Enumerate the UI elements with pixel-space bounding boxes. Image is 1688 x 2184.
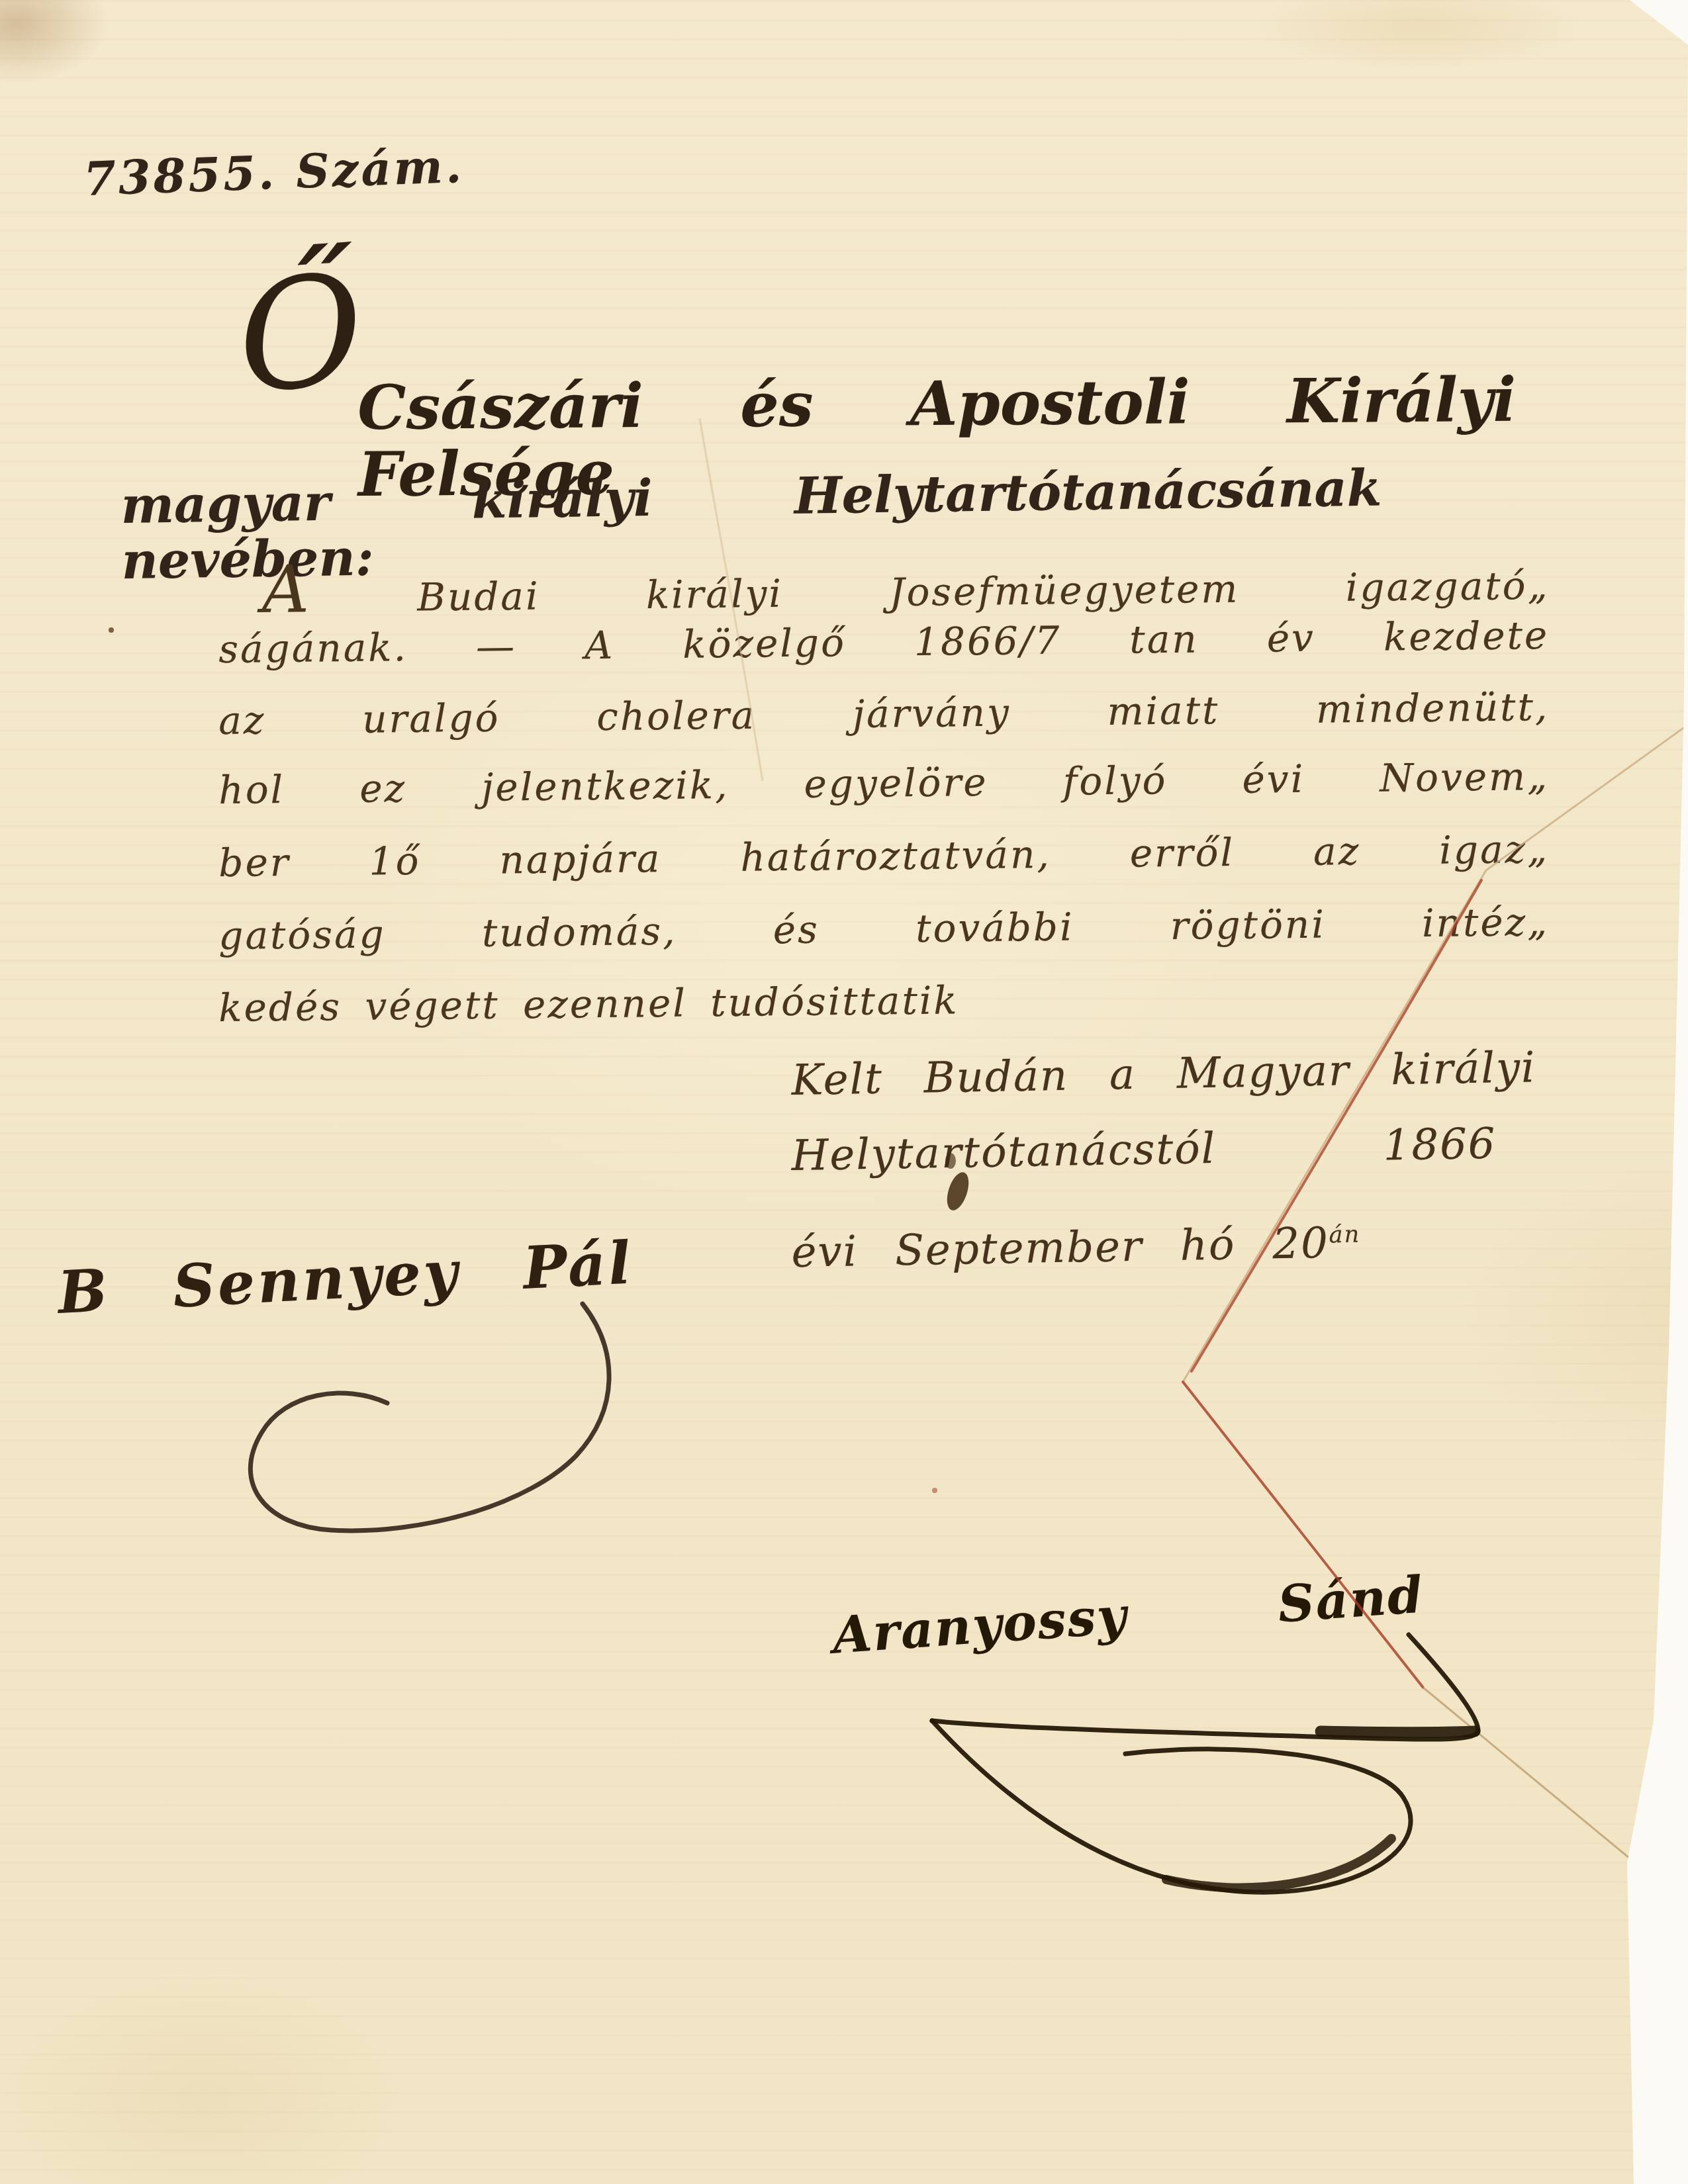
red-crease-line-lower: [1183, 1382, 1423, 1688]
manuscript-paper: 73855. Szám. Ő Császári és Apostoli Kirá…: [0, 0, 1688, 2184]
signature-left-flourish: [250, 1304, 609, 1531]
red-speck: [932, 1488, 937, 1493]
signature-right-loop: [932, 1721, 1411, 1892]
dateline-day-suffix: án: [1329, 1221, 1360, 1249]
dateline-day-text: évi September hó 20: [791, 1219, 1330, 1277]
manuscript-line: kedés végett ezennel tudósittatik: [218, 978, 1080, 1029]
heading-initial-letter: Ő: [233, 255, 368, 416]
reference-number-row: 73855. Szám.: [83, 140, 465, 205]
dateline-year: Helytartótanácstól 1866: [791, 1120, 1497, 1179]
manuscript-line: A Budai királyi Josefmüegyetem igazgató„: [261, 541, 1550, 627]
signature-right: Aranyossy Sánd: [831, 1567, 1426, 1664]
manuscript-line: gatóság tudomás, és további rögtöni inté…: [218, 901, 1550, 958]
scanned-letter-page: { "document": { "reference": { "number":…: [0, 0, 1688, 2184]
manuscript-line: ber 1ő napjára határoztatván, erről az i…: [218, 829, 1550, 885]
reference-label: Szám.: [295, 140, 465, 197]
ink-speck: [109, 627, 114, 633]
dateline-place: Kelt Budán a Magyar királyi: [791, 1044, 1536, 1104]
signature-right-underline-bold: [1321, 1731, 1475, 1733]
reference-number: 73855.: [83, 147, 277, 205]
manuscript-line: hol ez jelentkezik, egyelöre folyó évi N…: [218, 756, 1550, 812]
signature-right-loop-bold: [1166, 1839, 1391, 1888]
dateline-day: évi September hó 20án: [791, 1220, 1361, 1276]
signature-left: B Sennyey Pál: [56, 1230, 635, 1324]
fold-crease-lower: [1423, 1688, 1630, 1858]
manuscript-line: az uralgó cholera járvány miatt mindenüt…: [218, 686, 1550, 743]
